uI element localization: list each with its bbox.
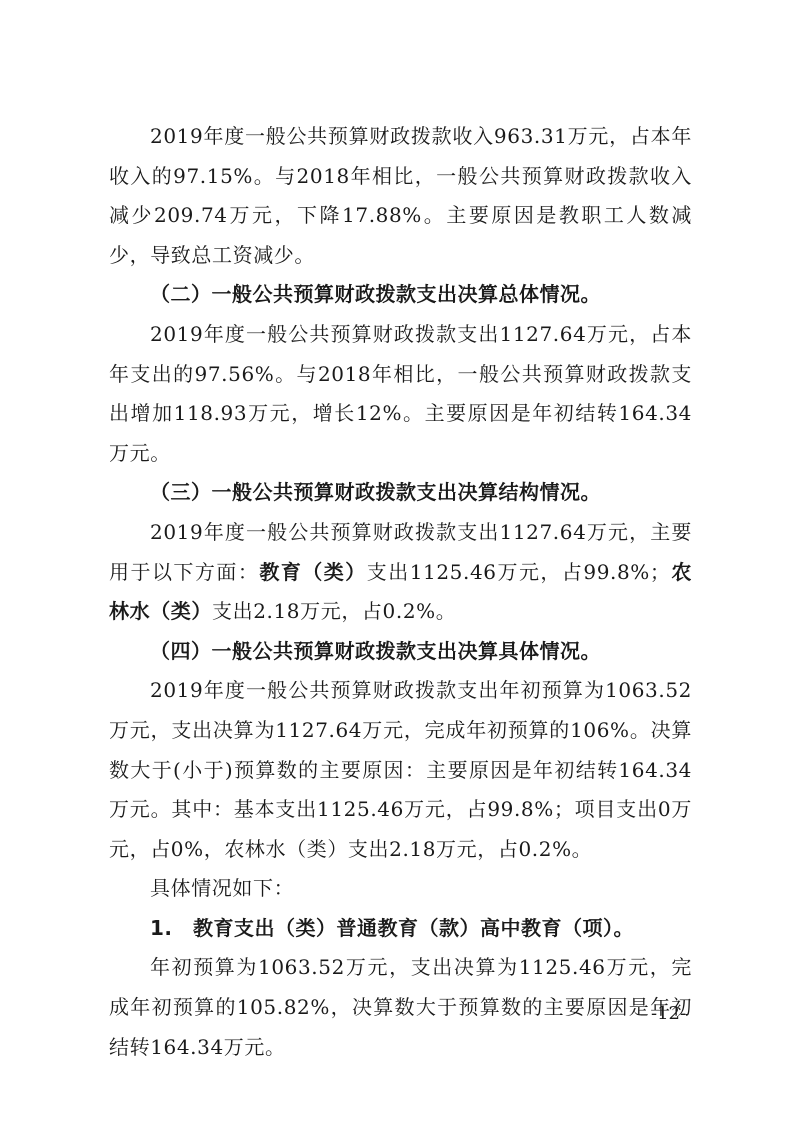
category-education-label: 教育（类） bbox=[259, 560, 366, 584]
paragraph-expenditure-overall: 2019年度一般公共预算财政拨款支出1127.64万元，占本年支出的97.56%… bbox=[109, 315, 692, 473]
text-segment: 支出1125.46万元，占99.8%； bbox=[367, 560, 671, 584]
paragraph-education-details: 年初预算为1063.52万元，支出决算为1125.46万元，完成年初预算的105… bbox=[109, 948, 692, 1067]
section-heading-expenditure-structure: （三）一般公共预算财政拨款支出决算结构情况。 bbox=[109, 473, 692, 513]
text-segment: 支出2.18万元，占0.2%。 bbox=[212, 599, 456, 623]
section-heading-expenditure-details: （四）一般公共预算财政拨款支出决算具体情况。 bbox=[109, 632, 692, 672]
subsection-heading-education: 1. 教育支出（类）普通教育（款）高中教育（项）。 bbox=[109, 909, 692, 949]
page-number: -12- bbox=[651, 1003, 686, 1024]
section-heading-expenditure-overall: （二）一般公共预算财政拨款支出决算总体情况。 bbox=[109, 275, 692, 315]
document-page: 2019年度一般公共预算财政拨款收入963.31万元，占本年收入的97.15%。… bbox=[109, 117, 692, 1067]
paragraph-revenue-summary: 2019年度一般公共预算财政拨款收入963.31万元，占本年收入的97.15%。… bbox=[109, 117, 692, 275]
paragraph-expenditure-structure: 2019年度一般公共预算财政拨款支出1127.64万元，主要用于以下方面：教育（… bbox=[109, 513, 692, 632]
paragraph-expenditure-details: 2019年度一般公共预算财政拨款支出年初预算为1063.52万元，支出决算为11… bbox=[109, 671, 692, 869]
paragraph-details-intro: 具体情况如下： bbox=[109, 869, 692, 909]
